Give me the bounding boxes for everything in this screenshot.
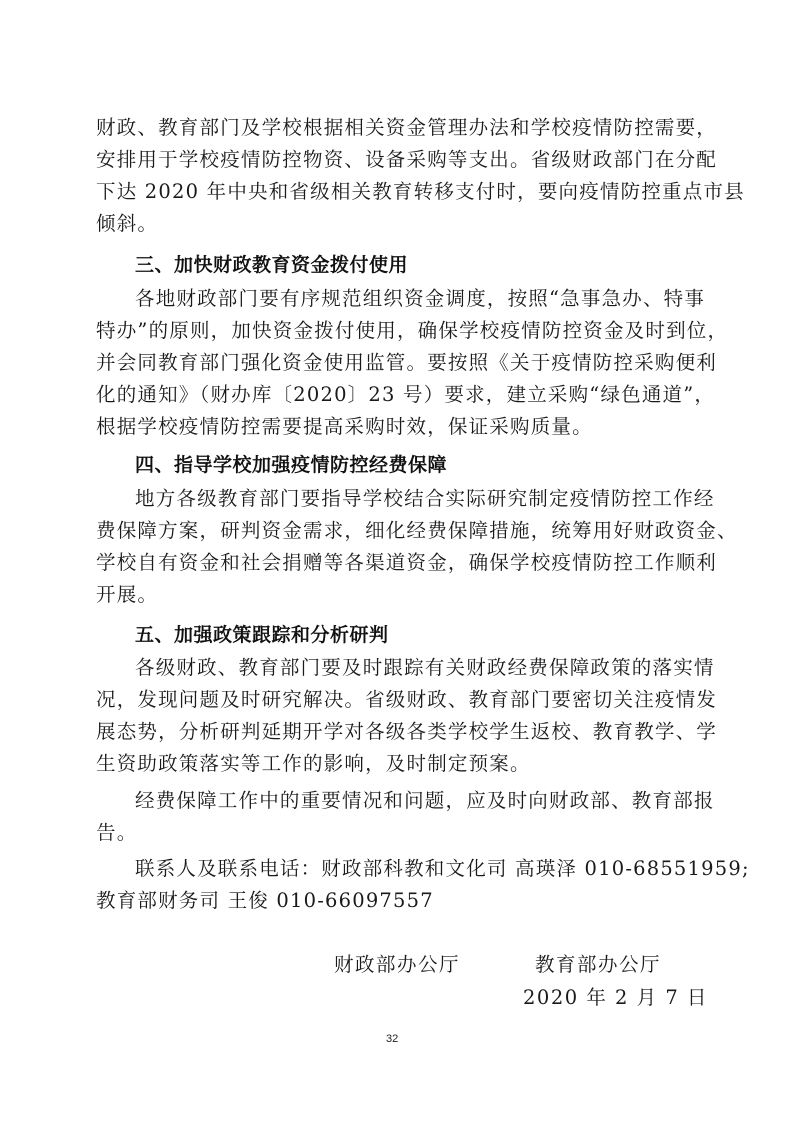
paragraph-line: 各级财政、教育部门要及时跟踪有关财政经费保障政策的落实情 — [135, 656, 698, 680]
paragraph-line: 下达 2020 年中央和省级相关教育转移支付时，要向疫情防控重点市县 — [96, 180, 698, 204]
paragraph-line: 并会同教育部门强化资金使用监管。要按照《关于疫情防控采购便利 — [96, 351, 698, 375]
paragraph-line: 财政、教育部门及学校根据相关资金管理办法和学校疫情防控需要， — [96, 116, 698, 140]
section-heading-4: 四、指导学校加强疫情防控经费保障 — [135, 453, 698, 477]
paragraph-line: 安排用于学校疫情防控物资、设备采购等支出。省级财政部门在分配 — [96, 148, 698, 172]
paragraph-line: 化的通知》（财办库〔2020〕23 号）要求，建立采购“绿色通道”， — [96, 383, 698, 407]
paragraph-line: 展态势，分析研判延期开学对各级各类学校学生返校、教育教学、学 — [96, 720, 698, 744]
paragraph-line: 地方各级教育部门要指导学校结合实际研究制定疫情防控工作经 — [135, 487, 698, 511]
paragraph-line: 生资助政策落实等工作的影响，及时制定预案。 — [96, 752, 698, 776]
paragraph-line: 况，发现问题及时研究解决。省级财政、教育部门要密切关注疫情发 — [96, 688, 698, 712]
paragraph-line: 特办”的原则，加快资金拨付使用，确保学校疫情防控资金及时到位， — [96, 319, 698, 343]
issue-date: 2020 年 2 月 7 日 — [523, 986, 708, 1010]
paragraph-line: 学校自有资金和社会捐赠等各渠道资金，确保学校疫情防控工作顺利 — [96, 551, 698, 575]
section-heading-3: 三、加快财政教育资金拨付使用 — [135, 253, 698, 277]
section-heading-5: 五、加强政策跟踪和分析研判 — [135, 623, 698, 647]
paragraph-line: 费保障方案，研判资金需求，细化经费保障措施，统筹用好财政资金、 — [96, 519, 698, 543]
paragraph-line: 根据学校疫情防控需要提高采购时效，保证采购质量。 — [96, 415, 698, 439]
issuer-ministry-of-finance: 财政部办公厅 — [334, 953, 460, 977]
paragraph-line: 告。 — [96, 821, 698, 845]
issuer-ministry-of-education: 教育部办公厅 — [535, 953, 661, 977]
contact-line: 联系人及联系电话：财政部科教和文化司 高瑛泽 010-68551959; — [135, 857, 698, 881]
contact-line: 教育部财务司 王俊 010-66097557 — [96, 889, 698, 913]
page-number: 32 — [386, 1033, 398, 1045]
document-page: 财政、教育部门及学校根据相关资金管理办法和学校疫情防控需要， 安排用于学校疫情防… — [0, 0, 793, 1121]
paragraph-line: 各地财政部门要有序规范组织资金调度，按照“急事急办、特事 — [135, 287, 698, 311]
paragraph-line: 开展。 — [96, 583, 698, 607]
paragraph-line: 经费保障工作中的重要情况和问题，应及时向财政部、教育部报 — [135, 789, 698, 813]
paragraph-line: 倾斜。 — [96, 212, 698, 236]
